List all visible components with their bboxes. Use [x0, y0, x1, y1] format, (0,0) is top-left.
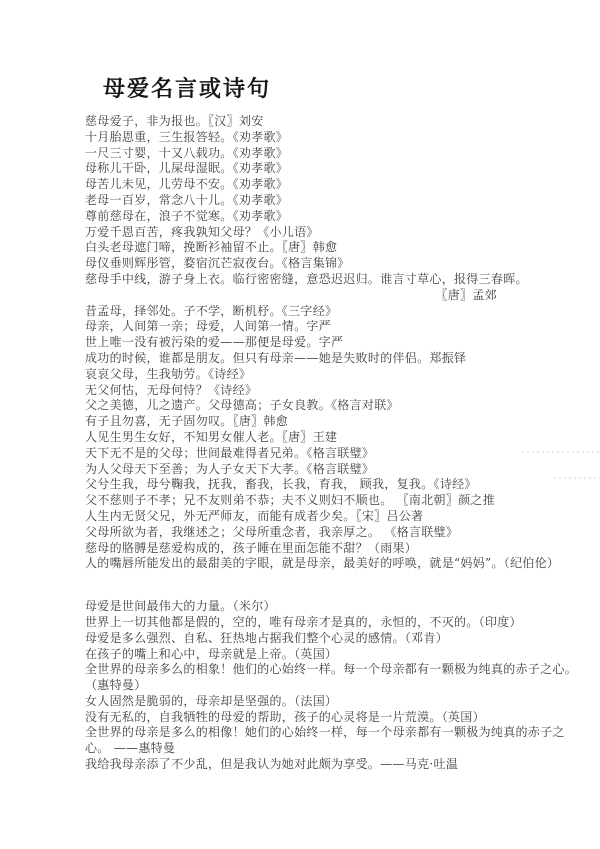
quote-line: 人生内无贤父兄，外无严师友，而能有成者少矣。〖宋〗吕公著 [85, 509, 565, 525]
quote-line: 成功的时候，谁都是朋友。但只有母亲——她是失败时的伴侣。郑振铎 [85, 351, 565, 367]
quote-line: 有子且勿喜，无子固勿叹。〖唐〗韩愈 [85, 414, 565, 430]
quote-line: 世界上一切其他都是假的，空的，唯有母亲才是真的，永恒的，不灭的。（印度） [85, 615, 565, 631]
quote-line: 全世界的母亲是多么的相像！她们的心始终一样，每一个母亲都有一颗极为纯真的赤子之 [85, 725, 565, 741]
scan-artifact [522, 451, 600, 453]
quote-line: 人见生男生女好，不知男女催人老。〖唐〗王建 [85, 430, 565, 446]
quote-line: 父母所欲为者，我继述之；父母所重念者，我亲厚之。 《格言联璧》 [85, 525, 565, 541]
quote-line: 母称儿干卧，儿屎母湿眠。《劝孝歌》 [85, 161, 565, 177]
quote-line: 哀哀父母，生我劬劳。《诗经》 [85, 367, 565, 383]
quote-line: 慈母的胳膊是慈爱构成的，孩子睡在里面怎能不甜？（雨果） [85, 541, 565, 557]
quote-line: 慈母手中线，游子身上衣。临行密密缝，意恐迟迟归。谁言寸草心，报得三春晖。 [85, 272, 565, 288]
quote-line: 父之美德，儿之遗产。父母德高；子女良教。《格言对联》 [85, 398, 565, 414]
quote-line: 天下无不是的父母；世间最难得者兄弟。《格言联璧》 [85, 446, 565, 462]
quote-line: 全世界的母亲多么的相象！他们的心始终一样。每一个母亲都有一颗极为纯真的赤子之心。 [85, 662, 565, 678]
quote-line: 〖唐〗孟郊 [85, 288, 565, 304]
quote-line: （惠特曼） [85, 678, 565, 694]
quote-line: 为人父母天下至善；为人子女天下大孝。《格言联璧》 [85, 462, 565, 478]
quote-line: 女人固然是脆弱的，母亲却是坚强的。（法国） [85, 694, 565, 710]
quote-line: 我给我母亲添了不少乱，但是我认为她对此颇为享受。——马克·吐温 [85, 757, 565, 773]
quote-line: 人的嘴唇所能发出的最甜美的字眼，就是母亲，最美好的呼唤，就是“妈妈”。（纪伯伦） [85, 556, 565, 572]
page-title: 母爱名言或诗句 [0, 0, 600, 103]
quote-line: 无父何怙，无母何恃？《诗经》 [85, 383, 565, 399]
quote-line: 母爱是多么强烈、自私、狂热地占据我们整个心灵的感情。（邓肯） [85, 631, 565, 647]
quote-line: 心。 ——惠特曼 [85, 741, 565, 757]
quote-line: 父不慈则子不孝；兄不友则弟不恭；夫不义则妇不顺也。 〖南北朝〗颜之推 [85, 493, 565, 509]
quote-line: 母苦儿未见，儿劳母不安。《劝孝歌》 [85, 177, 565, 193]
quote-line: 慈母爱子，非为报也。〖汉〗刘安 [85, 114, 565, 130]
document-body: 慈母爱子，非为报也。〖汉〗刘安十月胎恩重，三生报答轻。《劝孝歌》一尺三寸婴，十又… [85, 114, 565, 773]
quote-line: 万爱千恩百苦，疼我孰知父母？《小儿语》 [85, 225, 565, 241]
quote-line: 父兮生我，母兮鞠我，抚我，畜我，长我，育我， 顾我，复我。《诗经》 [85, 477, 565, 493]
quote-line: 十月胎恩重，三生报答轻。《劝孝歌》 [85, 130, 565, 146]
quote-line: 在孩子的嘴上和心中，母亲就是上帝。（英国） [85, 647, 565, 663]
quote-line: 老母一百岁，常念八十儿。《劝孝歌》 [85, 193, 565, 209]
quote-line: 白头老母遮门啼，挽断衫袖留不止。〖唐〗韩愈 [85, 240, 565, 256]
quote-line: 母爱是世间最伟大的力量。（米尔） [85, 599, 565, 615]
quote-line: 世上唯一没有被污染的爱——那便是母爱。字严 [85, 335, 565, 351]
quote-line: 一尺三寸婴，十又八载功。《劝孝歌》 [85, 146, 565, 162]
quote-line: 母仪垂则辉彤管，婺宿沉芒寂夜台。《格言集锦》 [85, 256, 565, 272]
quote-line: 尊前慈母在，浪子不觉寒。《劝孝歌》 [85, 209, 565, 225]
quote-line: 母亲，人间第一亲；母爱，人间第一情。字严 [85, 319, 565, 335]
quote-line: 昔孟母，择邻处。子不学，断机杼。《三字经》 [85, 304, 565, 320]
quote-line: 没有无私的，自我牺牲的母爱的帮助，孩子的心灵将是一片荒漠。（英国） [85, 710, 565, 726]
document-page: 母爱名言或诗句 慈母爱子，非为报也。〖汉〗刘安十月胎恩重，三生报答轻。《劝孝歌》… [0, 0, 600, 849]
scan-artifact [554, 477, 600, 479]
